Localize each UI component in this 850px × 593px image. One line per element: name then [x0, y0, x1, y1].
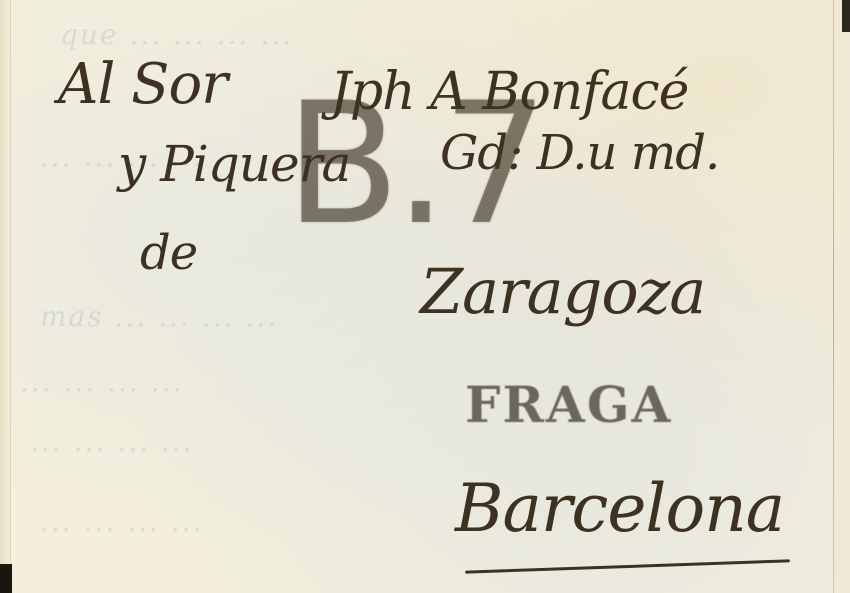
address-title: Gd: D.u md. — [440, 125, 719, 181]
address-city: Zaragoza — [420, 255, 705, 328]
bleed-through-text: ... ... ... ... — [20, 365, 184, 398]
scan-background-corner-top — [842, 0, 850, 32]
destination-city: Barcelona — [455, 470, 784, 547]
address-preposition: de — [140, 225, 197, 281]
scan-background-corner — [0, 564, 12, 593]
paper-right-flap — [834, 0, 850, 593]
bleed-through-text: mas ... ... ... ... — [40, 300, 278, 333]
bleed-through-text: que ... ... ... ... — [60, 18, 293, 51]
address-surname: y Piquera — [118, 135, 350, 193]
bleed-through-text: ... ... ... ... — [30, 425, 194, 458]
paper-left-edge — [0, 0, 11, 593]
letter-sheet: que ... ... ... ... ... ... ... ... mas … — [0, 0, 850, 593]
town-postmark: FRAGA — [465, 380, 672, 430]
address-name: Jph A Bonfacé — [330, 62, 688, 122]
destination-underline — [465, 559, 790, 573]
address-salutation: Al Sor — [58, 52, 227, 117]
bleed-through-text: ... ... ... ... — [40, 505, 204, 538]
